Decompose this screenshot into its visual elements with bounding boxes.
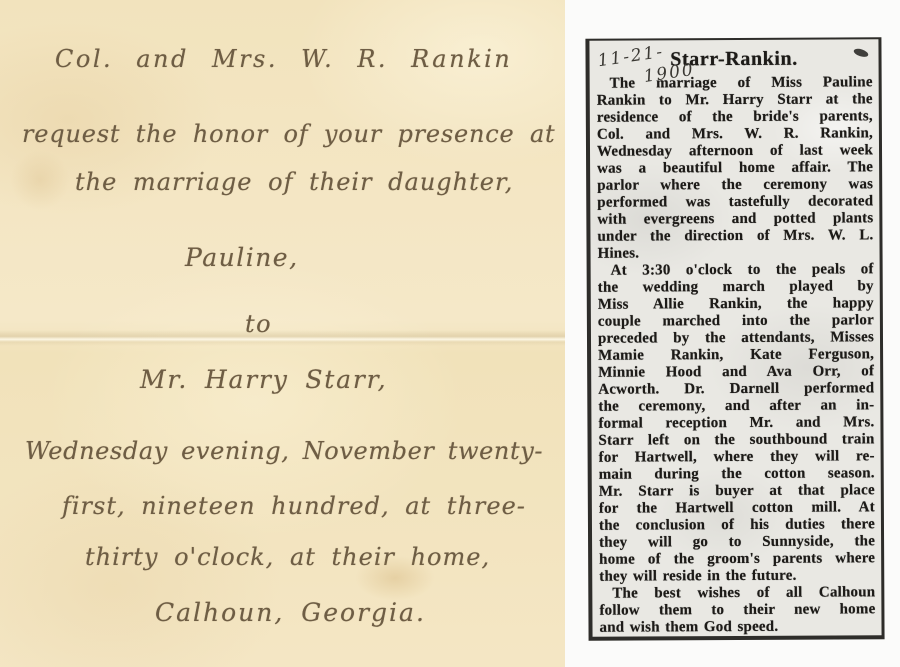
- article-line: formal reception Mr. and Mrs.: [598, 414, 874, 432]
- invitation-line-date-2: first, nineteen hundred, at three-: [62, 492, 526, 520]
- article-line: main during the cotton season.: [599, 465, 875, 483]
- article-line: the conclusion of his duties there: [599, 516, 875, 534]
- article-line: with evergreens and potted plants: [597, 210, 873, 228]
- invitation-line-place: Calhoun, Georgia.: [155, 598, 426, 627]
- article-line: Rankin to Mr. Harry Starr at the: [597, 91, 873, 109]
- article-line: the wedding march played by: [598, 278, 874, 296]
- article-line: couple marched into the parlor: [598, 312, 874, 330]
- invitation-line-marriage: the marriage of their daughter,: [75, 168, 513, 196]
- invitation-line-groom: Mr. Harry Starr,: [140, 365, 387, 394]
- invitation-line-hosts: Col. and Mrs. W. R. Rankin: [55, 45, 512, 73]
- wedding-invitation: Col. and Mrs. W. R. Rankin request the h…: [0, 0, 565, 667]
- article-line: Mr. Starr is buyer at that place: [599, 482, 875, 500]
- invitation-line-bride: Pauline,: [185, 243, 299, 272]
- article-line: Wednesday afternoon of last week: [597, 142, 873, 160]
- article-line: Hines.: [598, 244, 874, 262]
- article-paragraph-2: At 3:30 o'clock to the peals ofthe weddi…: [598, 261, 876, 585]
- article-line: parlor where the ceremony was: [597, 176, 873, 194]
- article-line: Col. and Mrs. W. R. Rankin,: [597, 125, 873, 143]
- article-line: they will go to Sunnyside, the: [599, 533, 875, 551]
- newspaper-clipping: 11-21- 1900 Starr-Rankin. The marriage o…: [585, 37, 884, 641]
- article-line: The marriage of Miss Pauline: [597, 74, 873, 92]
- article-line: Minnie Hood and Ava Orr, of: [598, 363, 874, 381]
- article-body: The marriage of Miss PaulineRankin to Mr…: [590, 70, 882, 637]
- article-line: Starr left on the southbound train: [598, 431, 874, 449]
- article-line: and wish them God speed.: [599, 618, 875, 636]
- invitation-line-request: request the honor of your presence at: [22, 120, 556, 148]
- article-line: follow them to their new home: [599, 601, 875, 619]
- invitation-line-date-1: Wednesday evening, November twenty-: [25, 437, 543, 465]
- article-line: At 3:30 o'clock to the peals of: [598, 261, 874, 279]
- article-line: under the direction of Mrs. W. L.: [597, 227, 873, 245]
- article-line: for Hartwell, where they will re-: [599, 448, 875, 466]
- invitation-line-time: thirty o'clock, at their home,: [85, 543, 490, 571]
- article-line: The best wishes of all Calhoun: [599, 584, 875, 602]
- article-paragraph-1: The marriage of Miss PaulineRankin to Mr…: [597, 74, 874, 262]
- article-line: was a beautiful home affair. The: [597, 159, 873, 177]
- article-line: performed was tastefully decorated: [597, 193, 873, 211]
- article-line: they will reside in the future.: [599, 567, 875, 585]
- article-line: Miss Allie Rankin, the happy: [598, 295, 874, 313]
- paper-stain: [10, 150, 70, 210]
- article-line: residence of the bride's parents,: [597, 108, 873, 126]
- article-line: Acworth. Dr. Darnell performed: [598, 380, 874, 398]
- scanned-documents-photo: Col. and Mrs. W. R. Rankin request the h…: [0, 0, 900, 667]
- article-line: home of the groom's parents where: [599, 550, 875, 568]
- clipping-backing-sheet: 11-21- 1900 Starr-Rankin. The marriage o…: [565, 0, 900, 667]
- article-line: Mamie Rankin, Kate Ferguson,: [598, 346, 874, 364]
- article-line: for the Hartwell cotton mill. At: [599, 499, 875, 517]
- article-line: preceded by the attendants, Misses: [598, 329, 874, 347]
- article-paragraph-3: The best wishes of all Calhounfollow the…: [599, 584, 875, 636]
- article-line: the ceremony, and after an in-: [598, 397, 874, 415]
- paper-fold-crease: [0, 330, 565, 346]
